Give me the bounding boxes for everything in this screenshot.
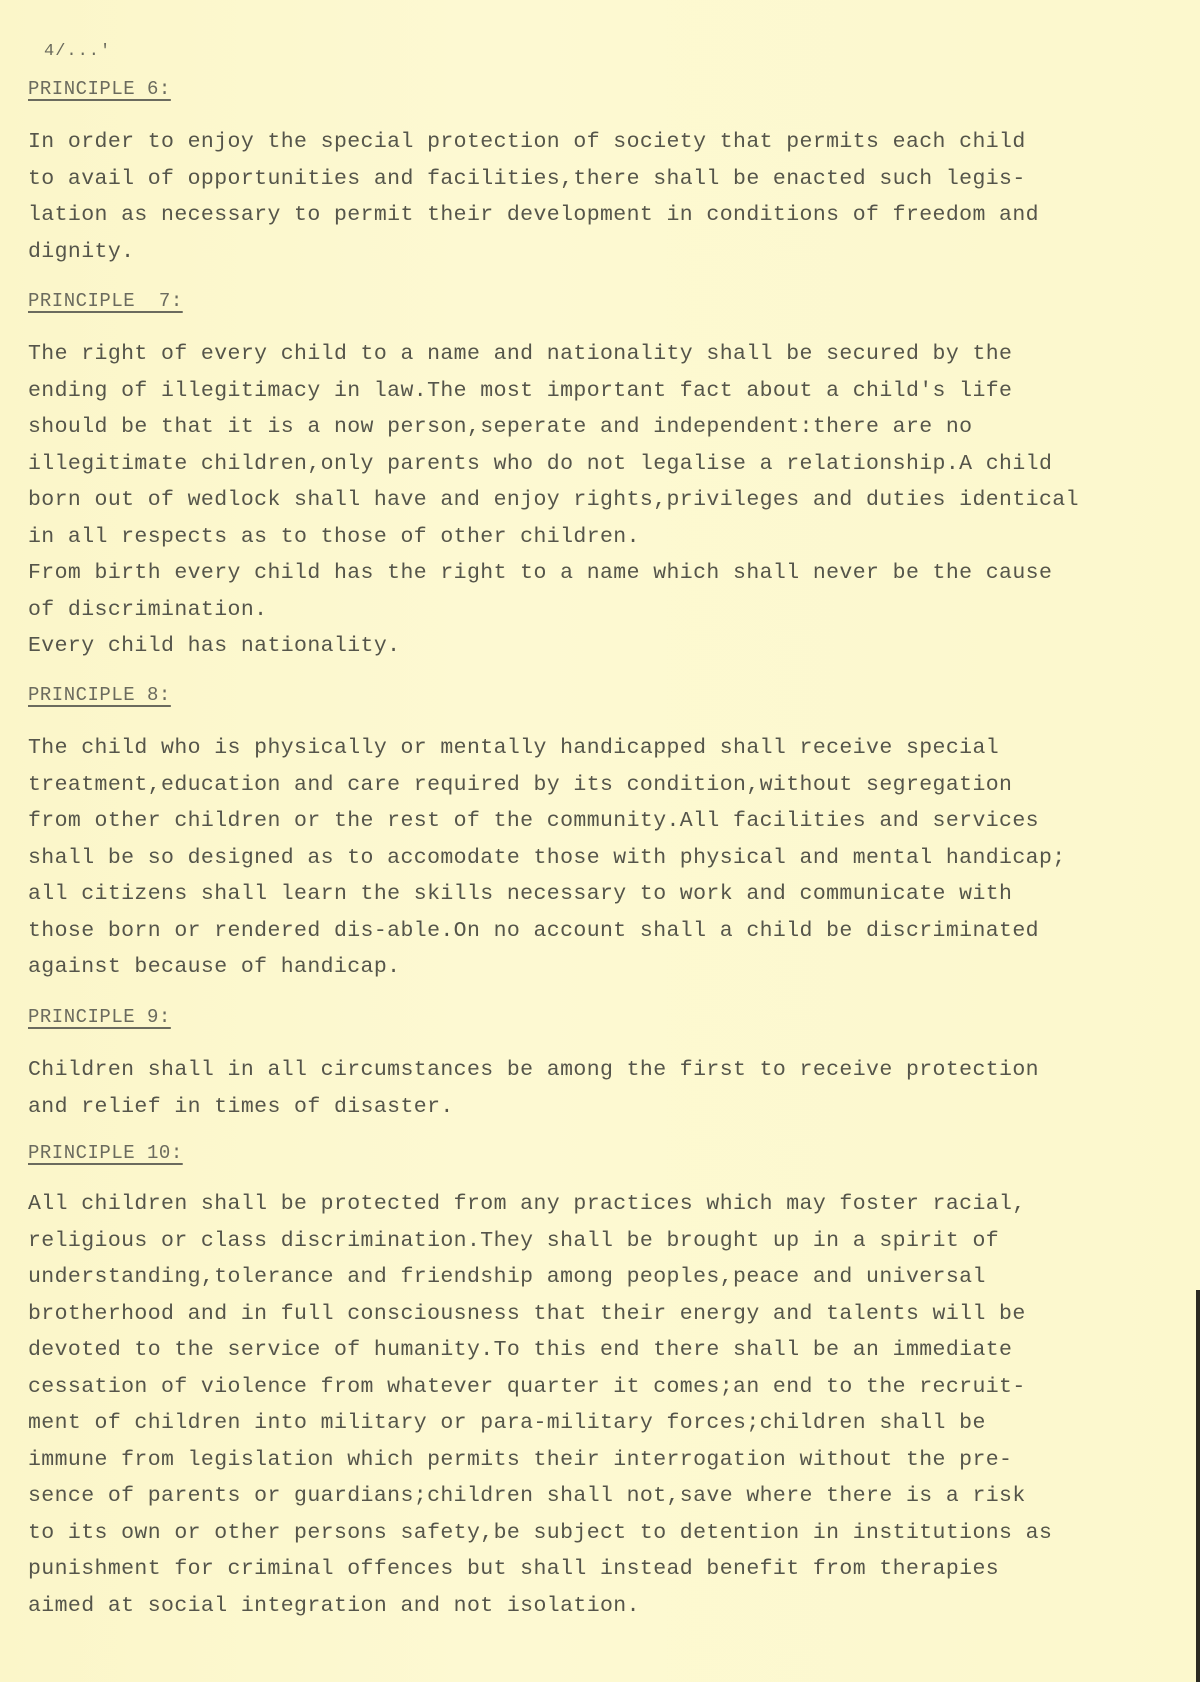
text-line: From birth every child has the right to …: [28, 555, 1079, 592]
text-line: aimed at social integration and not isol…: [28, 1588, 1052, 1625]
text-line: born out of wedlock shall have and enjoy…: [28, 482, 1079, 519]
text-line: sence of parents or guardians;children s…: [28, 1478, 1052, 1515]
text-line: and relief in times of disaster.: [28, 1089, 1039, 1126]
text-line: immune from legislation which permits th…: [28, 1442, 1052, 1479]
text-line: should be that it is a now person,sepera…: [28, 409, 1079, 446]
text-line: those born or rendered dis-able.On no ac…: [28, 913, 1066, 950]
text-line: religious or class discrimination.They s…: [28, 1223, 1052, 1260]
principle-7-text: The right of every child to a name and n…: [28, 336, 1079, 665]
text-line: In order to enjoy the special protection…: [28, 124, 1039, 161]
text-line: dignity.: [28, 234, 1039, 271]
text-line: to its own or other persons safety,be su…: [28, 1515, 1052, 1552]
text-line: cessation of violence from whatever quar…: [28, 1369, 1052, 1406]
text-line: to avail of opportunities and facilities…: [28, 161, 1039, 198]
principle-10-heading: PRINCIPLE 10:: [28, 1142, 183, 1164]
text-line: from other children or the rest of the c…: [28, 803, 1066, 840]
text-line: in all respects as to those of other chi…: [28, 519, 1079, 556]
text-line: ment of children into military or para-m…: [28, 1405, 1052, 1442]
principle-6-heading: PRINCIPLE 6:: [28, 78, 171, 100]
page-continuation-marker: 4/...': [44, 42, 111, 61]
document-page: 4/...' PRINCIPLE 6: In order to enjoy th…: [0, 0, 1200, 1682]
text-line: brotherhood and in full consciousness th…: [28, 1296, 1052, 1333]
text-line: devoted to the service of humanity.To th…: [28, 1332, 1052, 1369]
principle-6-text: In order to enjoy the special protection…: [28, 124, 1039, 270]
principle-9-text: Children shall in all circumstances be a…: [28, 1052, 1039, 1125]
text-line: against because of handicap.: [28, 949, 1066, 986]
principle-8-text: The child who is physically or mentally …: [28, 730, 1066, 986]
principle-8-heading: PRINCIPLE 8:: [28, 684, 171, 706]
text-line: All children shall be protected from any…: [28, 1186, 1052, 1223]
text-line: of discrimination.: [28, 592, 1079, 629]
text-line: Children shall in all circumstances be a…: [28, 1052, 1039, 1089]
principle-7-heading: PRINCIPLE 7:: [28, 290, 183, 312]
text-line: illegitimate children,only parents who d…: [28, 446, 1079, 483]
text-line: lation as necessary to permit their deve…: [28, 197, 1039, 234]
text-line: Every child has nationality.: [28, 628, 1079, 665]
text-line: all citizens shall learn the skills nece…: [28, 876, 1066, 913]
text-line: The child who is physically or mentally …: [28, 730, 1066, 767]
text-line: understanding,tolerance and friendship a…: [28, 1259, 1052, 1296]
text-line: ending of illegitimacy in law.The most i…: [28, 373, 1079, 410]
text-line: punishment for criminal offences but sha…: [28, 1551, 1052, 1588]
text-line: The right of every child to a name and n…: [28, 336, 1079, 373]
principle-10-text: All children shall be protected from any…: [28, 1186, 1052, 1624]
text-line: shall be so designed as to accomodate th…: [28, 840, 1066, 877]
text-line: treatment,education and care required by…: [28, 767, 1066, 804]
page-edge-shadow: [1196, 1290, 1200, 1682]
principle-9-heading: PRINCIPLE 9:: [28, 1006, 171, 1028]
